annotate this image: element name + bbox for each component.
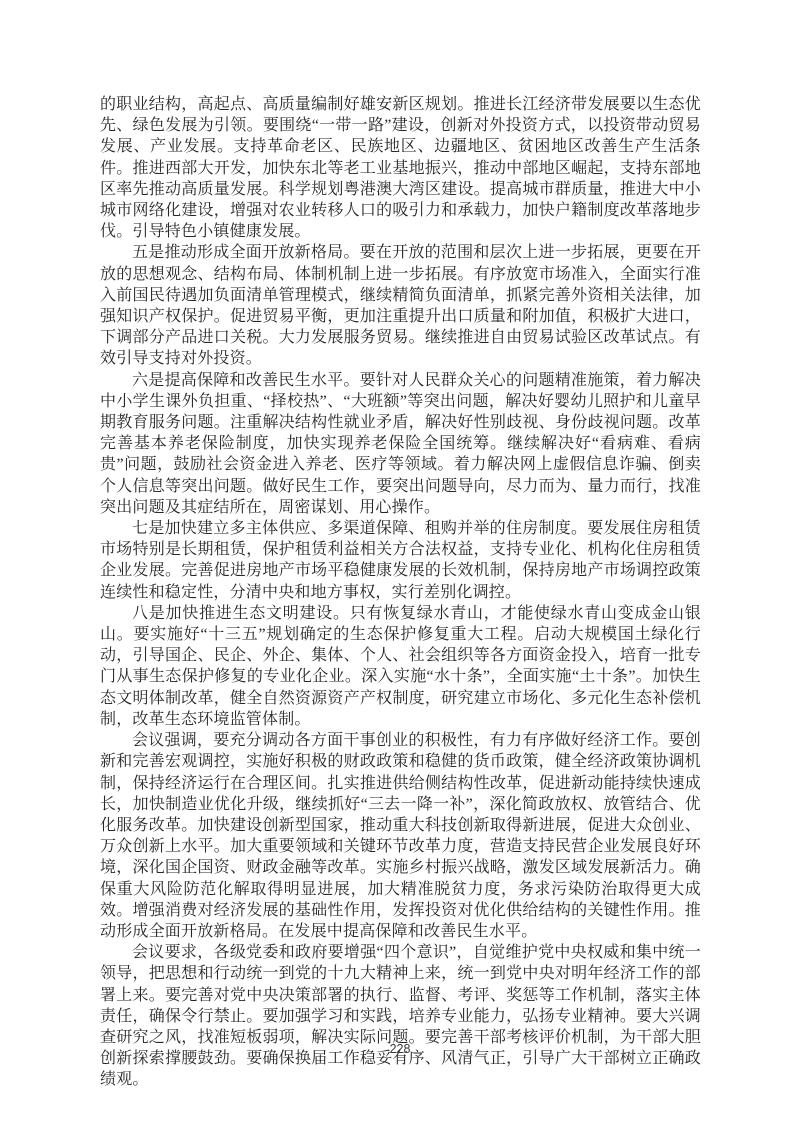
paragraph: 六是提高保障和改善民生水平。要针对人民群众关心的问题精准施策，着力解决中小学生课… — [100, 370, 701, 518]
paragraph: 五是推动形成全面开放新格局。要在开放的范围和层次上进一步拓展，更要在开放的思想观… — [100, 242, 701, 369]
paragraph: 七是加快建立多主体供应、多渠道保障、租购并举的住房制度。要发展住房租赁市场特别是… — [100, 518, 701, 603]
paragraph: 八是加快推进生态文明建设。只有恢复绿水青山，才能使绿水青山变成金山银山。要实施好… — [100, 603, 701, 730]
page-number: 228 — [0, 1042, 800, 1056]
paragraph: 会议要求，各级党委和政府要增强“四个意识”，自觉维护党中央权威和集中统一领导，把… — [100, 942, 701, 1090]
document-page: 的职业结构，高起点、高质量编制好雄安新区规划。推进长江经济带发展要以生态优先、绿… — [0, 0, 800, 1133]
document-body: 的职业结构，高起点、高质量编制好雄安新区规划。推进长江经济带发展要以生态优先、绿… — [100, 94, 701, 1091]
paragraph: 会议强调，要充分调动各方面干事创业的积极性，有力有序做好经济工作。要创新和完善宏… — [100, 730, 701, 942]
paragraph: 的职业结构，高起点、高质量编制好雄安新区规划。推进长江经济带发展要以生态优先、绿… — [100, 94, 701, 242]
